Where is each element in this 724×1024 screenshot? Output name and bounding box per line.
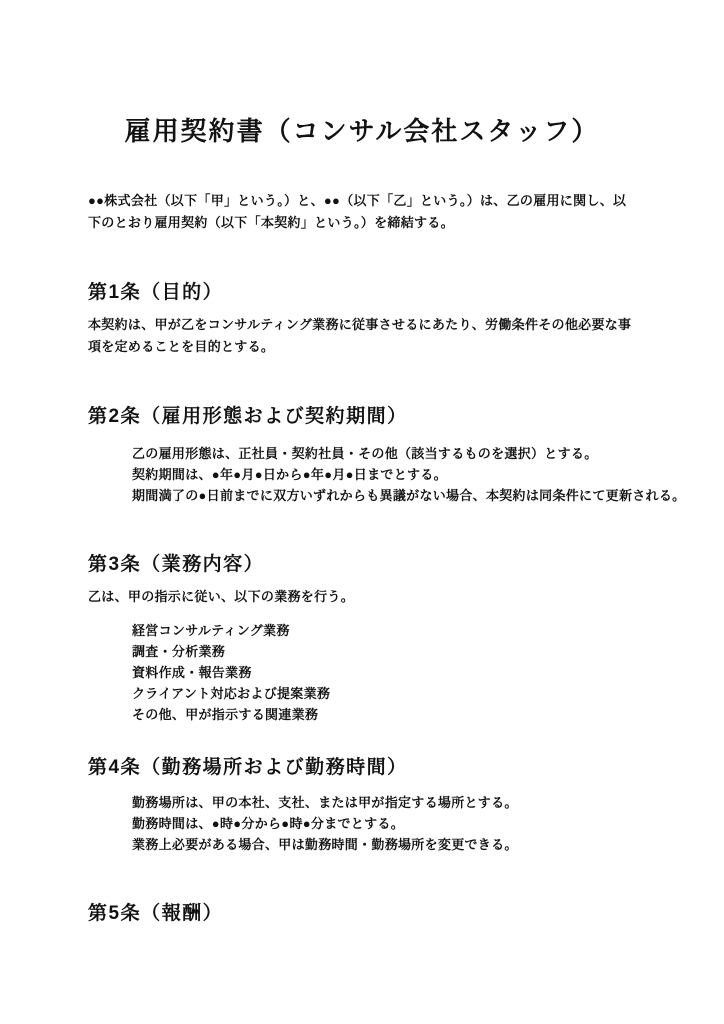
article-3-duties: 第3条（業務内容） 乙は、甲の指示に従い、以下の業務を行う。 経営コンサルティン…	[88, 552, 636, 725]
article-4-clause: 業務上必要がある場合、甲は勤務時間・勤務場所を変更できる。	[132, 834, 636, 855]
article-4-workplace-hours: 第4条（勤務場所および勤務時間） 勤務場所は、甲の本社、支社、または甲が指定する…	[88, 755, 636, 855]
duty-list-item: 調査・分析業務	[132, 641, 636, 662]
contract-document-page: 雇用契約書（コンサル会社スタッフ） ●●株式会社（以下「甲」という。）と、●●（…	[0, 0, 724, 1024]
article-2-clause: 期間満了の●日前までに双方いずれからも異議がない場合、本契約は同条件にて更新され…	[132, 485, 636, 506]
article-2-clauses: 乙の雇用形態は、正社員・契約社員・その他（該当するものを選択）とする。 契約期間…	[88, 443, 636, 506]
article-2-clause: 契約期間は、●年●月●日から●年●月●日までとする。	[132, 464, 636, 485]
article-2-clause: 乙の雇用形態は、正社員・契約社員・その他（該当するものを選択）とする。	[132, 443, 636, 464]
contract-preamble: ●●株式会社（以下「甲」という。）と、●●（以下「乙」という。）は、乙の雇用に関…	[88, 190, 636, 234]
duty-list-item: その他、甲が指示する関連業務	[132, 704, 636, 725]
article-3-heading: 第3条（業務内容）	[88, 552, 636, 577]
duty-list-item: 経営コンサルティング業務	[132, 620, 636, 641]
article-2-employment-type-term: 第2条（雇用形態および契約期間） 乙の雇用形態は、正社員・契約社員・その他（該当…	[88, 404, 636, 506]
article-4-heading: 第4条（勤務場所および勤務時間）	[88, 755, 636, 780]
article-1-purpose: 第1条（目的） 本契約は、甲が乙をコンサルティング業務に従事させるにあたり、労働…	[88, 280, 636, 358]
article-4-clause: 勤務時間は、●時●分から●時●分までとする。	[132, 813, 636, 834]
article-1-heading: 第1条（目的）	[88, 280, 636, 305]
article-5-heading: 第5条（報酬）	[88, 901, 636, 926]
article-1-body: 本契約は、甲が乙をコンサルティング業務に従事させるにあたり、労働条件その他必要な…	[88, 314, 636, 358]
article-4-clauses: 勤務場所は、甲の本社、支社、または甲が指定する場所とする。 勤務時間は、●時●分…	[88, 792, 636, 855]
article-3-body: 乙は、甲の指示に従い、以下の業務を行う。	[88, 586, 636, 608]
article-5-compensation: 第5条（報酬）	[88, 901, 636, 926]
document-title: 雇用契約書（コンサル会社スタッフ）	[88, 113, 636, 149]
article-2-heading: 第2条（雇用形態および契約期間）	[88, 404, 636, 429]
duty-list-item: 資料作成・報告業務	[132, 662, 636, 683]
duty-list-item: クライアント対応および提案業務	[132, 683, 636, 704]
article-4-clause: 勤務場所は、甲の本社、支社、または甲が指定する場所とする。	[132, 792, 636, 813]
article-3-duty-list: 経営コンサルティング業務 調査・分析業務 資料作成・報告業務 クライアント対応お…	[88, 620, 636, 725]
